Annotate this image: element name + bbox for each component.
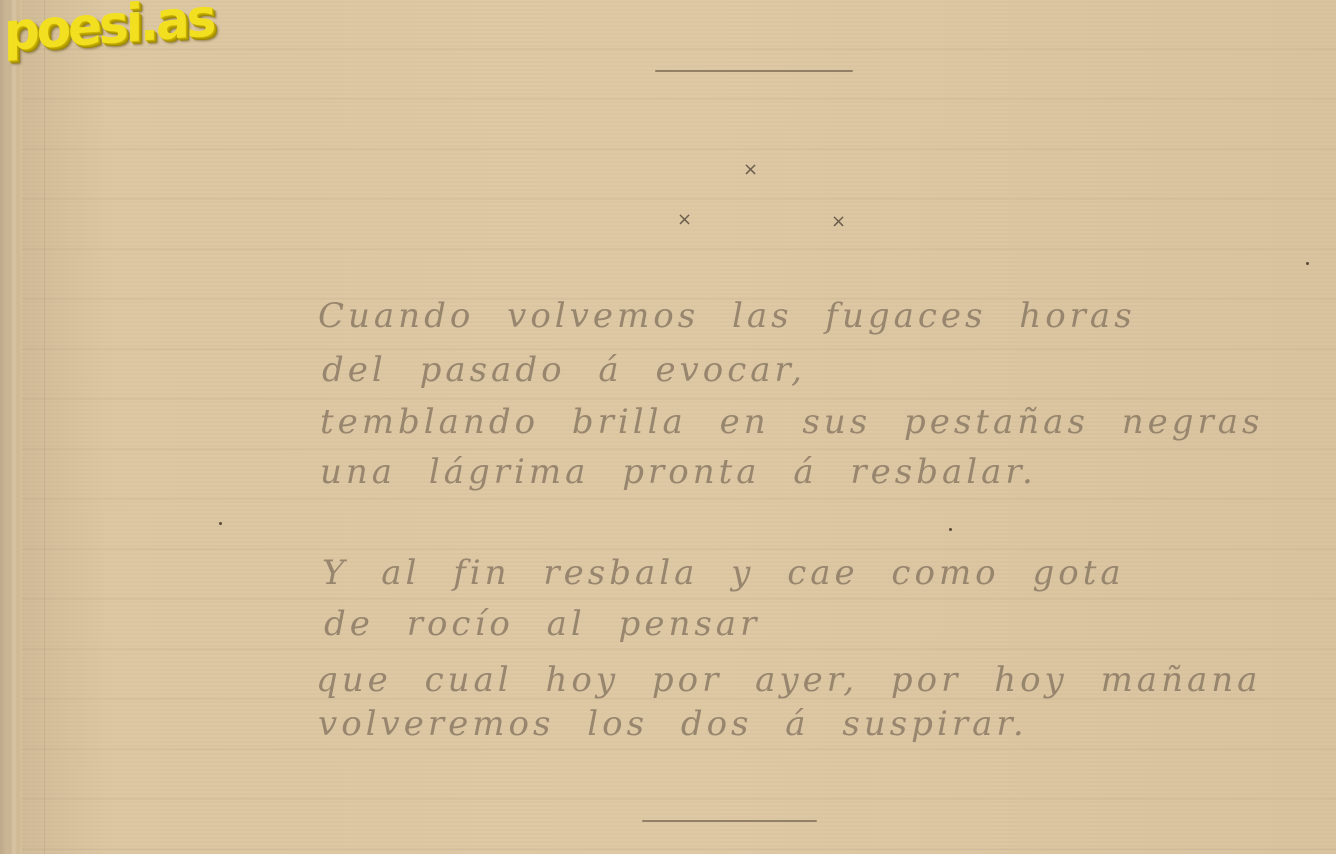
manuscript-page: poesi.as × × × Cuando volvemos las fugac… bbox=[0, 0, 1336, 854]
ink-speck bbox=[949, 528, 952, 531]
top-rule-divider bbox=[655, 70, 853, 72]
verse-line: temblando brilla en sus pestañas negras bbox=[320, 402, 1263, 442]
ornament-cross-icon: × bbox=[831, 213, 846, 231]
verse-line: Y al fin resbala y cae como gota bbox=[322, 553, 1125, 593]
verse-line: Cuando volvemos las fugaces horas bbox=[318, 296, 1136, 336]
ink-speck bbox=[1306, 262, 1309, 265]
margin-line bbox=[44, 0, 45, 854]
verse-line: volveremos los dos á suspirar. bbox=[318, 704, 1028, 744]
verse-line: que cual hoy por ayer, por hoy mañana bbox=[316, 660, 1261, 700]
bottom-rule-divider bbox=[642, 820, 817, 822]
ornament-cross-icon: × bbox=[677, 211, 692, 229]
ink-speck bbox=[219, 522, 222, 525]
verse-line: una lágrima pronta á resbalar. bbox=[320, 452, 1037, 492]
page-spine-edge bbox=[0, 0, 22, 854]
ornament-cross-icon: × bbox=[743, 161, 758, 179]
poesias-logo[interactable]: poesi.as bbox=[4, 0, 213, 58]
verse-line: de rocío al pensar bbox=[324, 604, 760, 644]
verse-line: del pasado á evocar, bbox=[322, 350, 806, 390]
